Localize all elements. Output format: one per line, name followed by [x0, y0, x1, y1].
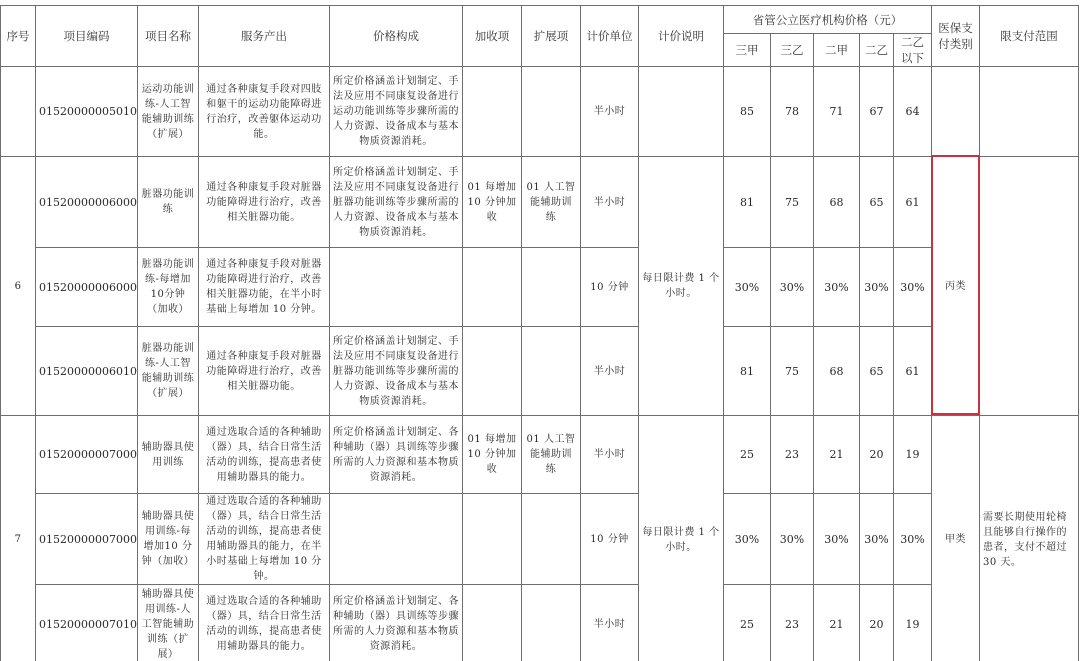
header-insurance-category: 医保支付类别	[932, 6, 980, 67]
service-output-cell: 通过各种康复手段对脏器功能障碍进行治疗，改善相关脏器功能。	[199, 157, 330, 248]
price-3b: 23	[771, 585, 814, 661]
price-composition-cell	[330, 248, 463, 327]
code-cell: 015200000060100	[36, 327, 138, 416]
price-below-2b: 19	[894, 585, 932, 661]
unit-cell: 半小时	[581, 67, 639, 157]
name-cell: 辅助器具使用训练-人工智能辅助训练（扩展）	[138, 585, 199, 661]
table-row: 6 015200000060000 脏器功能训练 通过各种康复手段对脏器功能障碍…	[1, 157, 1079, 248]
service-output-cell: 通过各种康复手段对脏器功能障碍进行治疗，改善相关脏器功能，在半小时基础上每增加 …	[199, 248, 330, 327]
unit-cell: 半小时	[581, 327, 639, 416]
price-below-2b: 61	[894, 327, 932, 416]
table-row: 015200000060001 脏器功能训练-每增加10分钟（加收） 通过各种康…	[1, 248, 1079, 327]
price-2a: 71	[814, 67, 860, 157]
table-row: 7 015200000070000 辅助器具使用训练 通过选取合适的各种辅助（器…	[1, 416, 1079, 494]
header-price-group: 省管公立医疗机构价格（元）	[724, 6, 932, 34]
name-cell: 脏器功能训练-每增加10分钟（加收）	[138, 248, 199, 327]
surcharge-cell	[463, 67, 522, 157]
extension-cell	[522, 248, 581, 327]
price-2a: 30%	[814, 494, 860, 585]
extension-cell	[522, 494, 581, 585]
header-code: 项目编码	[36, 6, 138, 67]
price-3a: 25	[724, 585, 771, 661]
unit-cell: 半小时	[581, 157, 639, 248]
surcharge-cell	[463, 585, 522, 661]
seq-cell	[1, 67, 36, 157]
header-service-output: 服务产出	[199, 6, 330, 67]
price-composition-cell: 所定价格涵盖计划制定、手法及应用不同康复设备进行脏器功能训练等步骤所需的人力资源…	[330, 327, 463, 416]
price-below-2b: 30%	[894, 248, 932, 327]
price-2a: 68	[814, 157, 860, 248]
price-2a: 21	[814, 416, 860, 494]
table-row: 015200000070100 辅助器具使用训练-人工智能辅助训练（扩展） 通过…	[1, 585, 1079, 661]
code-cell: 015200000070100	[36, 585, 138, 661]
name-cell: 辅助器具使用训练-每增加10 分钟（加收）	[138, 494, 199, 585]
service-output-cell: 通过选取合适的各种辅助（器）具，结合日常生活活动的训练，提高患者使用辅助器具的能…	[199, 416, 330, 494]
name-cell: 辅助器具使用训练	[138, 416, 199, 494]
pricing-note-cell: 每日限计费 1 个小时。	[639, 416, 724, 661]
extension-cell	[522, 585, 581, 661]
service-output-cell: 通过各种康复手段对四肢和躯干的运动功能障碍进行治疗，改善躯体运动功能。	[199, 67, 330, 157]
price-3b: 30%	[771, 248, 814, 327]
header-price-composition: 价格构成	[330, 6, 463, 67]
price-composition-cell: 所定价格涵盖计划制定、各种辅助（器）具训练等步骤所需的人力资源和基本物质资源消耗…	[330, 585, 463, 661]
price-3a: 30%	[724, 248, 771, 327]
table-row: 015200000050100 运动功能训练-人工智能辅助训练（扩展） 通过各种…	[1, 67, 1079, 157]
payment-limit-cell: 需要长期使用轮椅且能够自行操作的患者，支付不超过 30 天。	[980, 416, 1079, 661]
pricing-note-cell: 每日限计费 1 个小时。	[639, 157, 724, 416]
header-level-3a: 三甲	[724, 34, 771, 67]
price-3b: 78	[771, 67, 814, 157]
price-below-2b: 30%	[894, 494, 932, 585]
surcharge-cell	[463, 248, 522, 327]
surcharge-cell	[463, 327, 522, 416]
code-cell: 015200000070000	[36, 416, 138, 494]
surcharge-cell: 01 每增加 10 分钟加收	[463, 157, 522, 248]
price-3a: 81	[724, 327, 771, 416]
service-output-cell: 通过各种康复手段对脏器功能障碍进行治疗，改善相关脏器功能。	[199, 327, 330, 416]
name-cell: 运动功能训练-人工智能辅助训练（扩展）	[138, 67, 199, 157]
header-level-below-2b: 二乙以下	[894, 34, 932, 67]
price-2a: 21	[814, 585, 860, 661]
price-below-2b: 61	[894, 157, 932, 248]
extension-cell: 01 人工智能辅助训练	[522, 416, 581, 494]
header-level-3b: 三乙	[771, 34, 814, 67]
price-2a: 30%	[814, 248, 860, 327]
seq-cell: 6	[1, 157, 36, 416]
insurance-category-cell: 丙类	[932, 157, 980, 416]
header-pricing-note: 计价说明	[639, 6, 724, 67]
table-row: 015200000070001 辅助器具使用训练-每增加10 分钟（加收） 通过…	[1, 494, 1079, 585]
insurance-category-cell	[932, 67, 980, 157]
price-2b: 65	[860, 157, 894, 248]
service-output-cell: 通过选取合适的各种辅助（器）具，结合日常生活活动的训练，提高患者使用辅助器具的能…	[199, 494, 330, 585]
code-cell: 015200000050100	[36, 67, 138, 157]
header-level-2b: 二乙	[860, 34, 894, 67]
price-composition-cell	[330, 494, 463, 585]
header-level-2a: 二甲	[814, 34, 860, 67]
seq-cell: 7	[1, 416, 36, 661]
price-3b: 75	[771, 157, 814, 248]
pricing-note-cell	[639, 67, 724, 157]
header-seq: 序号	[1, 6, 36, 67]
price-table: 序号 项目编码 项目名称 服务产出 价格构成 加收项 扩展项 计价单位 计价说明…	[0, 5, 1079, 661]
unit-cell: 10 分钟	[581, 248, 639, 327]
extension-cell: 01 人工智能辅助训练	[522, 157, 581, 248]
header-name: 项目名称	[138, 6, 199, 67]
price-2b: 20	[860, 416, 894, 494]
extension-cell	[522, 67, 581, 157]
price-2b: 30%	[860, 248, 894, 327]
surcharge-cell: 01 每增加 10 分钟加收	[463, 416, 522, 494]
header-extension: 扩展项	[522, 6, 581, 67]
payment-limit-cell	[980, 157, 1079, 416]
header-payment-limit: 限支付范围	[980, 6, 1079, 67]
name-cell: 脏器功能训练-人工智能辅助训练（扩展）	[138, 327, 199, 416]
extension-cell	[522, 327, 581, 416]
price-3b: 75	[771, 327, 814, 416]
payment-limit-cell	[980, 67, 1079, 157]
name-cell: 脏器功能训练	[138, 157, 199, 248]
insurance-category-cell: 甲类	[932, 416, 980, 661]
unit-cell: 10 分钟	[581, 494, 639, 585]
price-below-2b: 19	[894, 416, 932, 494]
code-cell: 015200000060000	[36, 157, 138, 248]
service-output-cell: 通过选取合适的各种辅助（器）具，结合日常生活活动的训练，提高患者使用辅助器具的能…	[199, 585, 330, 661]
price-composition-cell: 所定价格涵盖计划制定、各种辅助（器）具训练等步骤所需的人力资源和基本物质资源消耗…	[330, 416, 463, 494]
price-3a: 81	[724, 157, 771, 248]
table-row: 015200000060100 脏器功能训练-人工智能辅助训练（扩展） 通过各种…	[1, 327, 1079, 416]
code-cell: 015200000070001	[36, 494, 138, 585]
price-2b: 20	[860, 585, 894, 661]
header-unit: 计价单位	[581, 6, 639, 67]
surcharge-cell	[463, 494, 522, 585]
price-3a: 85	[724, 67, 771, 157]
price-2b: 67	[860, 67, 894, 157]
price-3a: 30%	[724, 494, 771, 585]
price-composition-cell: 所定价格涵盖计划制定、手法及应用不同康复设备进行运动功能训练等步骤所需的人力资源…	[330, 67, 463, 157]
unit-cell: 半小时	[581, 585, 639, 661]
price-3b: 30%	[771, 494, 814, 585]
unit-cell: 半小时	[581, 416, 639, 494]
price-3b: 23	[771, 416, 814, 494]
price-2a: 68	[814, 327, 860, 416]
price-2b: 30%	[860, 494, 894, 585]
header-surcharge: 加收项	[463, 6, 522, 67]
price-below-2b: 64	[894, 67, 932, 157]
code-cell: 015200000060001	[36, 248, 138, 327]
price-3a: 25	[724, 416, 771, 494]
price-composition-cell: 所定价格涵盖计划制定、手法及应用不同康复设备进行脏器功能训练等步骤所需的人力资源…	[330, 157, 463, 248]
price-2b: 65	[860, 327, 894, 416]
